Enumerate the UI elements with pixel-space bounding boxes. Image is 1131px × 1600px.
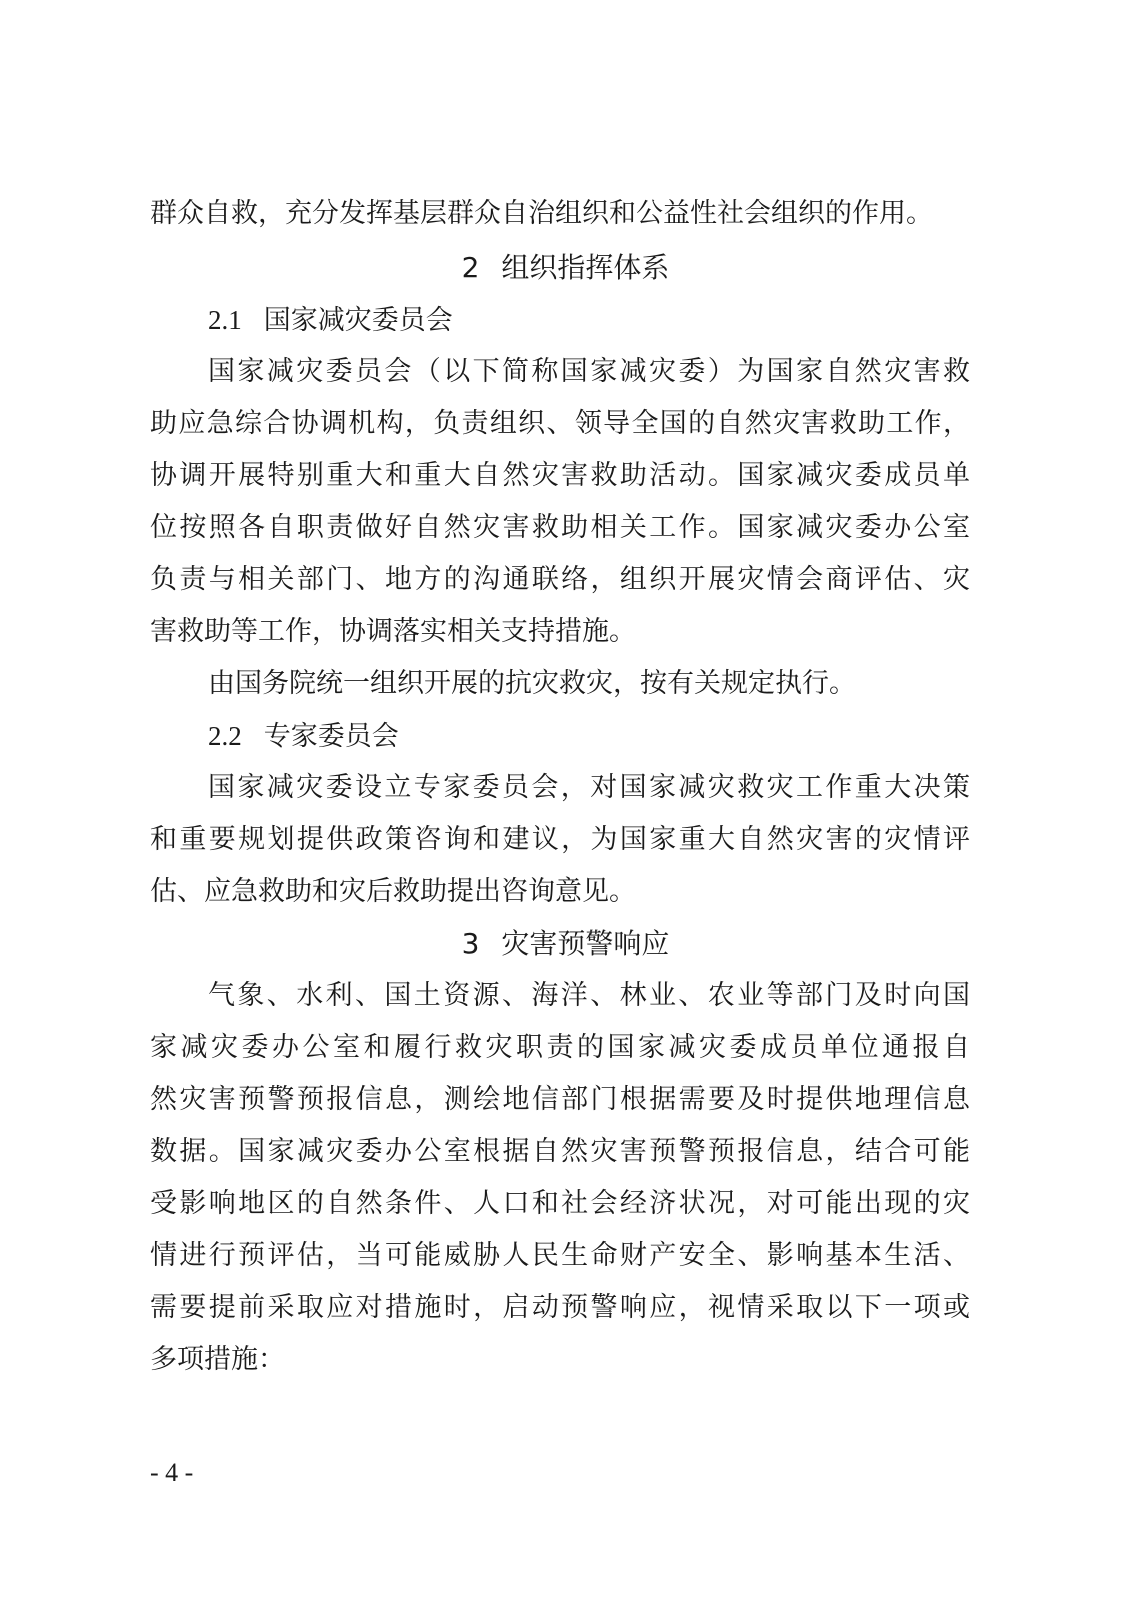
paragraph-line: 气象、水利、国土资源、海洋、林业、农业等部门及时向国 <box>208 974 970 1018</box>
subsection-number: 2.1 <box>208 305 242 335</box>
subsection-heading-2-1: 2.1国家减灾委员会 <box>208 298 453 343</box>
section-heading-3: 3灾害预警响应 <box>0 922 1131 966</box>
section-title: 灾害预警响应 <box>501 927 669 960</box>
paragraph-line: 数据。国家减灾委办公室根据自然灾害预警预报信息，结合可能 <box>150 1130 970 1174</box>
paragraph-line: 国家减灾委设立专家委员会，对国家减灾救灾工作重大决策 <box>208 766 970 810</box>
paragraph-line: 国家减灾委员会（以下简称国家减灾委）为国家自然灾害救 <box>208 350 970 394</box>
paragraph-line: 家减灾委办公室和履行救灾职责的国家减灾委成员单位通报自 <box>150 1026 970 1070</box>
paragraph-line: 群众自救，充分发挥基层群众自治组织和公益性社会组织的作用。 <box>150 192 970 236</box>
paragraph-line: 和重要规划提供政策咨询和建议，为国家重大自然灾害的灾情评 <box>150 818 970 862</box>
section-number: 3 <box>462 927 480 960</box>
paragraph-line: 位按照各自职责做好自然灾害救助相关工作。国家减灾委办公室 <box>150 506 970 550</box>
subsection-number: 2.2 <box>208 721 242 751</box>
paragraph-line: 由国务院统一组织开展的抗灾救灾，按有关规定执行。 <box>208 662 970 706</box>
subsection-heading-2-2: 2.2专家委员会 <box>208 714 399 759</box>
paragraph-line: 需要提前采取应对措施时，启动预警响应，视情采取以下一项或 <box>150 1286 970 1330</box>
paragraph-line: 然灾害预警预报信息，测绘地信部门根据需要及时提供地理信息 <box>150 1078 970 1122</box>
paragraph-line: 负责与相关部门、地方的沟通联络，组织开展灾情会商评估、灾 <box>150 558 970 602</box>
paragraph-line: 协调开展特别重大和重大自然灾害救助活动。国家减灾委成员单 <box>150 454 970 498</box>
section-title: 组织指挥体系 <box>501 251 669 284</box>
paragraph-line: 助应急综合协调机构，负责组织、领导全国的自然灾害救助工作， <box>150 402 970 446</box>
section-number: 2 <box>462 251 480 284</box>
subsection-title: 专家委员会 <box>264 721 399 752</box>
subsection-title: 国家减灾委员会 <box>264 305 453 336</box>
page-number: - 4 - <box>150 1458 193 1488</box>
section-heading-2: 2组织指挥体系 <box>0 246 1131 290</box>
paragraph-line: 受影响地区的自然条件、人口和社会经济状况，对可能出现的灾 <box>150 1182 970 1226</box>
paragraph-line: 情进行预评估，当可能威胁人民生命财产安全、影响基本生活、 <box>150 1234 970 1278</box>
paragraph-line: 估、应急救助和灾后救助提出咨询意见。 <box>150 870 970 914</box>
paragraph-line: 害救助等工作，协调落实相关支持措施。 <box>150 610 970 654</box>
paragraph-line: 多项措施： <box>150 1338 970 1382</box>
